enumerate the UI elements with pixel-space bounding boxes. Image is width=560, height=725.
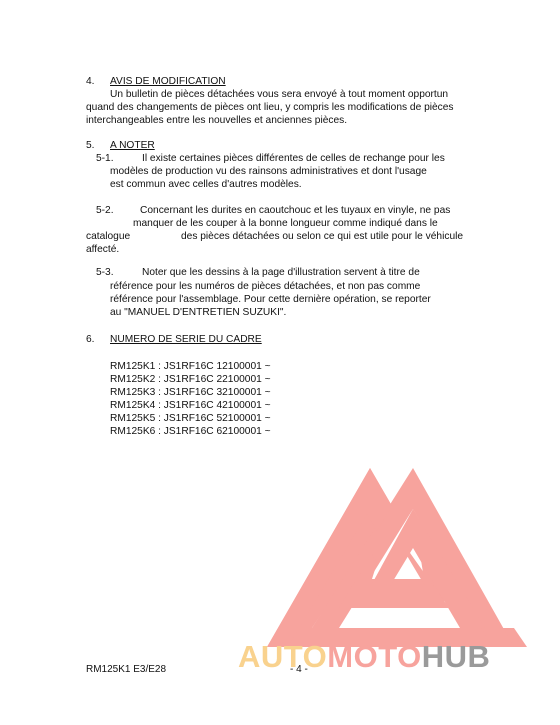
section-4-number: 4. <box>86 76 95 88</box>
serial-row: RM125K5 : JS1RF16C 52100001 ~ <box>110 413 271 425</box>
footer-page-number: - 4 - <box>290 664 308 676</box>
item-5-3-line: référence pour les numéros de pièces dét… <box>110 281 420 293</box>
watermark-hub: HUB <box>422 639 491 674</box>
item-5-3-line: référence pour l'assemblage. Pour cette … <box>110 294 431 306</box>
section-4-line: quand des changements de pièces ont lieu… <box>86 102 454 114</box>
item-5-2-line: catalogue <box>86 231 130 243</box>
watermark-auto: AUTO <box>238 639 327 674</box>
section-6-title: NUMERO DE SERIE DU CADRE <box>110 334 262 346</box>
footer-model-code: RM125K1 E3/E28 <box>86 664 166 676</box>
item-5-2-line: affecté. <box>86 244 119 256</box>
watermark-moto: MOTO <box>327 639 421 674</box>
section-5-title: A NOTER <box>110 140 155 152</box>
serial-row: RM125K6 : JS1RF16C 62100001 ~ <box>110 426 271 438</box>
section-4-line: interchangeables entre les nouvelles et … <box>86 115 347 127</box>
item-5-2-number: 5-2. <box>96 205 114 217</box>
serial-row: RM125K1 : JS1RF16C 12100001 ~ <box>110 361 271 373</box>
item-5-3-number: 5-3. <box>96 267 114 279</box>
item-5-2-line: manquer de les couper à la bonne longueu… <box>133 218 438 230</box>
section-4-title: AVIS DE MODIFICATION <box>110 76 226 88</box>
section-6-number: 6. <box>86 334 95 346</box>
item-5-2-line: des pièces détachées ou selon ce qui est… <box>181 231 463 243</box>
item-5-1-line: est commun avec celles d'autres modèles. <box>110 179 302 191</box>
item-5-1-number: 5-1. <box>96 153 114 165</box>
item-5-2-line: Concernant les durites en caoutchouc et … <box>140 205 450 217</box>
item-5-1-line: modèles de production vu des rainsons ad… <box>110 166 427 178</box>
serial-row: RM125K4 : JS1RF16C 42100001 ~ <box>110 400 271 412</box>
serial-row: RM125K2 : JS1RF16C 22100001 ~ <box>110 374 271 386</box>
serial-row: RM125K3 : JS1RF16C 32100001 ~ <box>110 387 271 399</box>
item-5-1-line: Il existe certaines pièces différentes d… <box>142 153 445 165</box>
section-4-line: Un bulletin de pièces détachées vous ser… <box>110 89 448 101</box>
watermark-brand-text: AUTOMOTOHUB <box>238 642 490 672</box>
item-5-3-line: au "MANUEL D'ENTRETIEN SUZUKI". <box>110 307 286 319</box>
section-5-number: 5. <box>86 140 95 152</box>
item-5-3-line: Noter que les dessins à la page d'illust… <box>142 267 420 279</box>
